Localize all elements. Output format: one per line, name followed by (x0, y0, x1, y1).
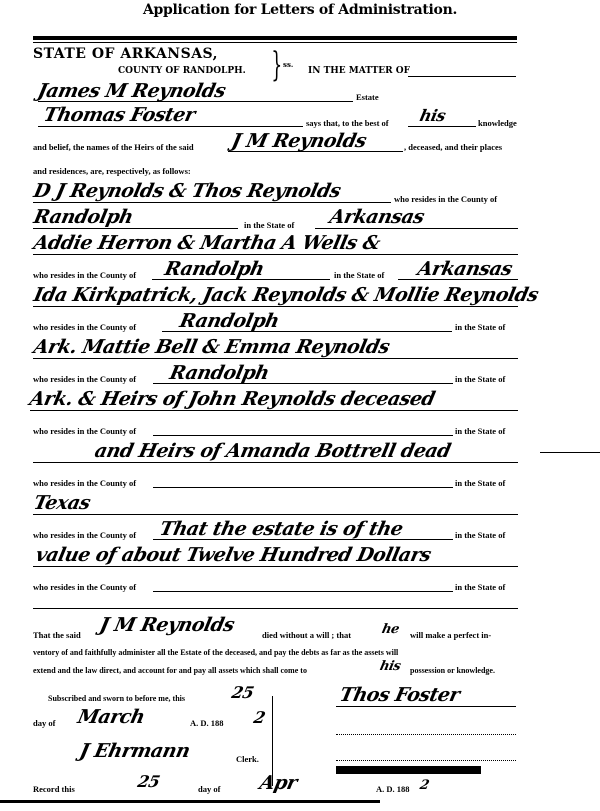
state-label-4: in the State of (455, 374, 505, 384)
estate-value-2: value of about Twelve Hundred Dollars (34, 544, 433, 566)
redaction-blot (336, 766, 481, 774)
state-label-1: in the State of (244, 220, 294, 230)
died-without-will-text: died without a will ; that (262, 630, 351, 640)
state-6: Texas (32, 492, 93, 514)
deceased-text: , deceased, and their places (404, 142, 502, 152)
state-1: Arkansas (328, 206, 426, 228)
county-label-7: who resides in the County of (33, 530, 136, 540)
county-label-2: who resides in the County of (33, 270, 136, 280)
ss-mark: ss. (283, 60, 293, 69)
county-3-line (162, 331, 452, 332)
subscribed-text: Subscribed and sworn to before me, this (48, 694, 185, 703)
heirs-2: Addie Herron & Martha A Wells & (32, 232, 382, 254)
state-1-line (315, 228, 518, 229)
in-the-matter-of: IN THE MATTER OF (308, 66, 410, 76)
signature-line-3 (336, 760, 516, 761)
heirs-5-line (30, 410, 518, 411)
county-heading: COUNTY OF RANDOLPH. (118, 66, 246, 76)
state-label-7: in the State of (455, 530, 505, 540)
heirs-4: Ark. Mattie Bell & Emma Reynolds (32, 336, 392, 358)
sworn-year-digit: 2 (252, 708, 267, 727)
estate-name: James M Reynolds (36, 80, 228, 102)
state-label-3: in the State of (455, 322, 505, 332)
deceased-name: J M Reynolds (230, 130, 369, 152)
state-label-2: in the State of (334, 270, 384, 280)
estate-value-1: That the estate is of the (158, 518, 405, 540)
sworn-month: March (76, 706, 147, 728)
clerk-signature: J Ehrmann (78, 740, 192, 762)
signature-line-1 (336, 706, 516, 707)
heirs-3-line (33, 306, 518, 307)
state-6-line (33, 514, 518, 515)
county-8-line (153, 591, 453, 592)
heirs-2-line (33, 254, 518, 255)
record-month: Apr (258, 772, 299, 794)
that-the-said-text: That the said (33, 630, 81, 640)
state-label-6: in the State of (455, 478, 505, 488)
county-label-4: who resides in the County of (33, 374, 136, 384)
knowledge-text: knowledge (478, 118, 517, 128)
applicant-signature: Thos Foster (338, 684, 462, 706)
day-of-text: day of (33, 718, 55, 728)
residences-text: and residences, are, respectively, as fo… (33, 166, 191, 176)
heirs-6: and Heirs of Amanda Bottrell dead (93, 440, 453, 462)
county-label-8: who resides in the County of (33, 582, 136, 592)
estate-label: Estate (356, 92, 379, 102)
state-2-line (398, 279, 518, 280)
county-3: Randolph (178, 310, 281, 332)
county-4-line (153, 383, 453, 384)
blank-line (33, 608, 518, 609)
heirs-3: Ida Kirkpatrick, Jack Reynolds & Mollie … (32, 284, 541, 306)
that-the-said-name: J M Reynolds (98, 614, 237, 636)
he-pronoun: he (380, 622, 400, 637)
possession-text: possession or knowledge. (410, 666, 495, 675)
document-page: Application for Letters of Administratio… (0, 0, 600, 811)
heirs-1: D J Reynolds & Thos Reynolds (32, 180, 343, 202)
pronoun-line (408, 126, 476, 127)
county-6-line (153, 487, 453, 488)
record-day: 25 (136, 772, 161, 791)
county-2-line (152, 279, 330, 280)
county-1-line (33, 228, 238, 229)
estate-value-line (33, 566, 518, 567)
sworn-day: 25 (230, 683, 255, 702)
record-this-text: Record this (33, 784, 75, 794)
clerk-label: Clerk. (236, 754, 259, 764)
county-7-line (153, 539, 453, 540)
estate-line (38, 101, 353, 102)
county-1: Randolph (32, 206, 135, 228)
county-label-3: who resides in the County of (33, 322, 136, 332)
stray-line (540, 452, 600, 453)
brace: } (271, 48, 282, 82)
applicant-line (38, 126, 303, 127)
matter-line (408, 76, 516, 77)
state-heading: STATE OF ARKANSAS, (33, 46, 218, 62)
belief-text: and belief, the names of the Heirs of th… (33, 142, 194, 152)
signature-line-2 (336, 734, 516, 735)
record-day-of-text: day of (198, 784, 220, 794)
record-year-digit: 2 (418, 778, 430, 793)
says-that-text: says that, to the best of (306, 118, 389, 128)
will-make-text: will make a perfect in- (410, 630, 491, 640)
ad-188-text: A. D. 188 (190, 718, 224, 728)
county-2: Randolph (163, 258, 266, 280)
state-2: Arkansas (416, 258, 514, 280)
state-label-8: in the State of (455, 582, 505, 592)
deceased-line (228, 151, 403, 152)
document-title: Application for Letters of Administratio… (0, 2, 600, 18)
county-5-line (153, 435, 453, 436)
heirs-6-line (33, 462, 518, 463)
pronoun-his: his (418, 106, 447, 125)
header-rule-thin (33, 42, 517, 43)
extend-text: extend and the law direct, and account f… (33, 666, 307, 675)
county-label-1: who resides in the County of (394, 194, 497, 204)
county-label-6: who resides in the County of (33, 478, 136, 488)
his-possession: his (378, 659, 401, 674)
heirs-4-line (33, 358, 518, 359)
footer-rule (0, 800, 380, 803)
state-label-5: in the State of (455, 426, 505, 436)
header-rule (33, 36, 517, 40)
heirs-1-line (33, 202, 391, 203)
ventory-text: ventory of and faithfully administer all… (33, 648, 398, 657)
heirs-5: Ark. & Heirs of John Reynolds deceased (28, 388, 437, 410)
county-label-5: who resides in the County of (33, 426, 136, 436)
county-4: Randolph (168, 362, 271, 384)
applicant-name: Thomas Foster (42, 104, 197, 126)
record-ad-text: A. D. 188 (376, 784, 410, 794)
